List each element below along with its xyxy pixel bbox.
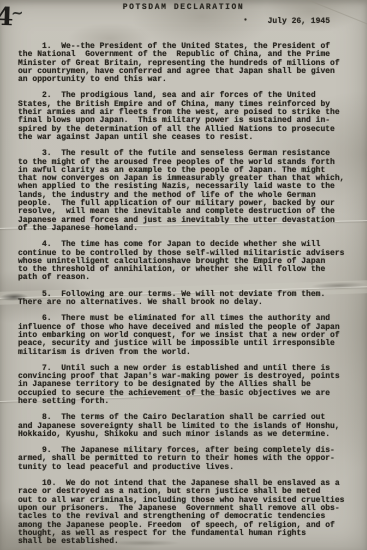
paragraph-4: 4. The time has come for Japan to decide… <box>18 241 367 282</box>
ink-dot: • <box>243 17 247 26</box>
date-line: •July 26, 1945 <box>18 17 330 26</box>
paragraph-3: 3. The result of the futile and senseles… <box>18 150 367 233</box>
paragraph-6: 6. There must be eliminated for all time… <box>18 315 367 356</box>
paragraph-9: 9. The Japanese military forces, after b… <box>18 447 367 472</box>
paragraph-2: 2. The prodigious land, sea and air forc… <box>18 92 367 142</box>
paragraph-1: 1. We--the President of the United State… <box>18 43 367 84</box>
paragraph-10: 10. We do not intend that the Japanese s… <box>18 480 367 546</box>
document-body: 1. We--the President of the United State… <box>18 43 367 546</box>
document-page: POTSDAM DECLARATION •July 26, 1945 1. We… <box>0 0 367 546</box>
paragraph-7: 7. Until such a new order is established… <box>18 365 367 406</box>
paragraph-8: 8. The terms of the Cairo Declaration sh… <box>18 414 367 439</box>
document-date: July 26, 1945 <box>268 17 330 26</box>
paragraph-5: 5. Following are our terms. We will not … <box>18 291 367 308</box>
document-title: POTSDAM DECLARATION <box>18 3 349 12</box>
